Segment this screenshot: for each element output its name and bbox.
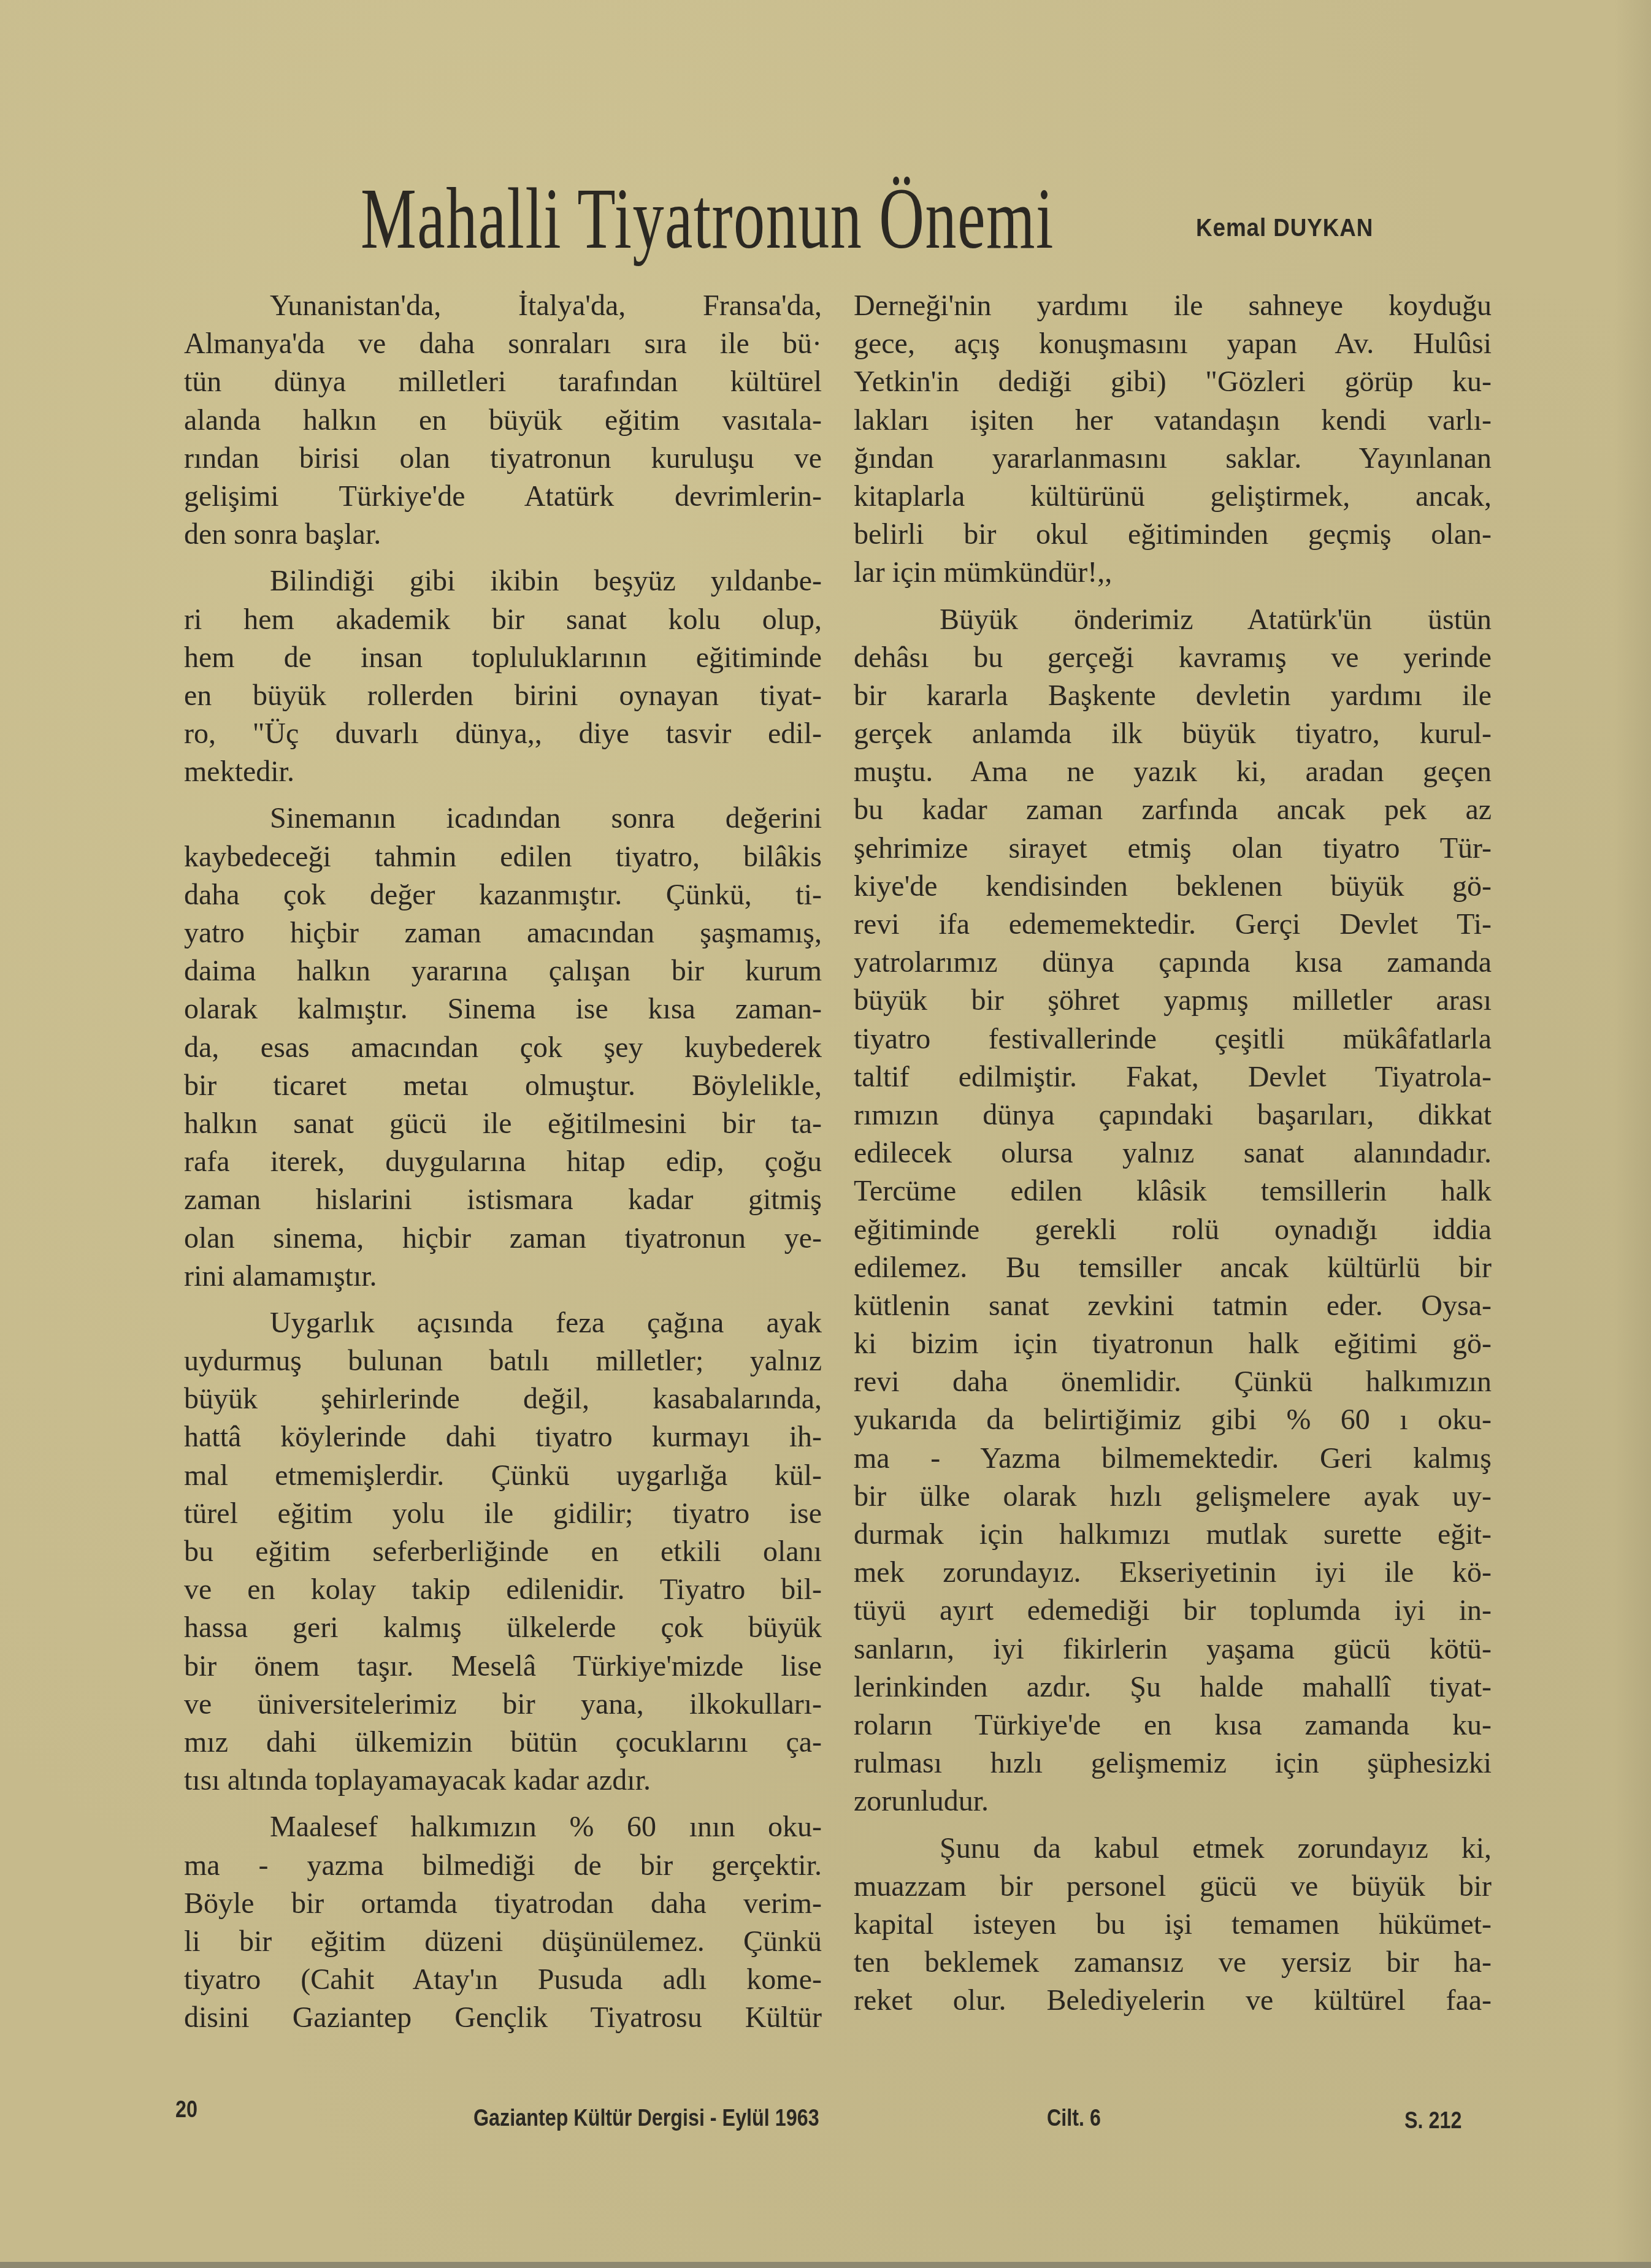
text-line: Büyük önderimiz Atatürk'ün üstün	[854, 601, 1492, 639]
text-line: ri hem akademik bir sanat kolu olup,	[184, 601, 822, 639]
text-line: tiyatro (Cahit Atay'ın Pusuda adlı kome-	[184, 1961, 822, 1999]
text-line: ve en kolay takip edilenidir. Tiyatro bi…	[184, 1571, 822, 1609]
text-line: tüyü ayırt edemediği bir toplumda iyi in…	[854, 1592, 1492, 1630]
paragraph: Yunanistan'da, İtalya'da, Fransa'da,Alma…	[184, 287, 822, 554]
text-line: den sonra başlar.	[184, 516, 822, 554]
page-edge-shadow	[1614, 0, 1651, 2268]
text-line: türel eğitim yolu ile gidilir; tiyatro i…	[184, 1495, 822, 1533]
text-line: olarak kalmıştır. Sinema ise kısa zaman-	[184, 990, 822, 1028]
text-line: eğitiminde gerekli rolü oynadığı iddia	[854, 1211, 1492, 1249]
text-line: yatro hiçbir zaman amacından şaşmamış,	[184, 914, 822, 952]
text-line: muazzam bir personel gücü ve büyük bir	[854, 1868, 1492, 1906]
text-line: rulması hızlı gelişmemiz için şüphesizki	[854, 1744, 1492, 1782]
text-line: kapital isteyen bu işi temamen hükümet-	[854, 1906, 1492, 1944]
text-line: rini alamamıştır.	[184, 1258, 822, 1296]
paragraph-gap	[184, 1296, 822, 1304]
text-line: roların Türkiye'de en kısa zamanda ku-	[854, 1706, 1492, 1744]
text-line: ki bizim için tiyatronun halk eğitimi gö…	[854, 1325, 1492, 1363]
text-line: lar için mümkündür!,,	[854, 554, 1492, 592]
text-line: kütlenin sanat zevkini tatmin eder. Oysa…	[854, 1287, 1492, 1325]
text-line: Uygarlık açısında feza çağına ayak	[184, 1304, 822, 1342]
text-line: mız dahi ülkemizin bütün çocuklarını ça-	[184, 1724, 822, 1762]
text-line: daima halkın yararına çalışan bir kurum	[184, 952, 822, 990]
text-line: hassa geri kalmış ülkelerde çok büyük	[184, 1609, 822, 1647]
text-line: olan sinema, hiçbir zaman tiyatronun ye-	[184, 1220, 822, 1258]
article-author: Kemal DUYKAN	[1196, 215, 1373, 242]
text-line: kiye'de kendisinden beklenen büyük gö-	[854, 868, 1492, 906]
issue-label: S. 212	[1404, 2108, 1461, 2134]
text-line: li bir eğitim düzeni düşünülemez. Çünkü	[184, 1923, 822, 1961]
text-line: en büyük rollerden birini oynayan tiyat-	[184, 677, 822, 715]
text-line: Almanya'da ve daha sonraları sıra ile bü…	[184, 325, 822, 363]
text-line: Yunanistan'da, İtalya'da, Fransa'da,	[184, 287, 822, 325]
text-line: belirli bir okul eğitiminden geçmiş olan…	[854, 516, 1492, 554]
text-line: lakları işiten her vatandaşın kendi varl…	[854, 402, 1492, 440]
paragraph-gap	[854, 1821, 1492, 1830]
text-line: Yetkin'in dediği gibi) "Gözleri görüp ku…	[854, 363, 1492, 401]
text-line: sanların, iyi fikirlerin yaşama gücü köt…	[854, 1630, 1492, 1668]
text-line: ma - yazma bilmediği de bir gerçektir.	[184, 1847, 822, 1885]
text-line: hattâ köylerinde dahi tiyatro kurmayı ih…	[184, 1418, 822, 1456]
text-line: mek zorundayız. Ekseriyetinin iyi ile kö…	[854, 1554, 1492, 1592]
text-line: alanda halkın en büyük eğitim vasıtala-	[184, 402, 822, 440]
text-line: zorunludur.	[854, 1782, 1492, 1820]
left-column: Yunanistan'da, İtalya'da, Fransa'da,Alma…	[184, 287, 822, 2037]
volume-label: Cilt. 6	[1047, 2106, 1101, 2132]
text-line: daha çok değer kazanmıştır. Çünkü, ti-	[184, 876, 822, 914]
text-line: taltif edilmiştir. Fakat, Devlet Tiyatro…	[854, 1058, 1492, 1096]
text-line: rımızın dünya çapındaki başarıları, dikk…	[854, 1096, 1492, 1134]
text-line: ma - Yazma bilmemektedir. Geri kalmış	[854, 1440, 1492, 1478]
text-line: Maalesef halkımızın % 60 ının oku-	[184, 1808, 822, 1846]
article-title: Mahalli Tiyatronun Önemi	[361, 175, 1049, 262]
text-line: bu kadar zaman zarfında ancak pek az	[854, 791, 1492, 829]
text-line: Tercüme edilen klâsik temsillerin halk	[854, 1172, 1492, 1210]
text-line: ro, "Üç duvarlı dünya,, diye tasvir edil…	[184, 715, 822, 753]
magazine-name-date: Gaziantep Kültür Dergisi - Eylül 1963	[473, 2106, 819, 2132]
text-line: mal etmemişlerdir. Çünkü uygarlığa kül-	[184, 1457, 822, 1495]
text-line: revi daha önemlidir. Çünkü halkımızın	[854, 1363, 1492, 1401]
text-line: ve üniversitelerimiz bir yana, ilkokulla…	[184, 1686, 822, 1724]
text-line: bir önem taşır. Meselâ Türkiye'mizde lis…	[184, 1648, 822, 1686]
text-line: reket olur. Belediyelerin ve kültürel fa…	[854, 1982, 1492, 2020]
text-line: bir ticaret metaı olmuştur. Böylelikle,	[184, 1067, 822, 1105]
page-bottom-edge	[0, 2262, 1651, 2268]
text-line: zaman hislarini istismara kadar gitmiş	[184, 1181, 822, 1219]
text-line: disini Gaziantep Gençlik Tiyatrosu Kültü…	[184, 1999, 822, 2037]
text-line: şehrimize sirayet etmiş olan tiyatro Tür…	[854, 830, 1492, 868]
text-line: ğından yararlanmasını saklar. Yayınlanan	[854, 440, 1492, 478]
paragraph-gap	[184, 1800, 822, 1808]
paragraph: Sinemanın icadından sonra değerinikaybed…	[184, 800, 822, 1295]
paragraph-gap	[184, 791, 822, 800]
text-line: hem de insan topluluklarının eğitiminde	[184, 639, 822, 677]
text-line: gece, açış konuşmasını yapan Av. Hulûsi	[854, 325, 1492, 363]
text-line: bir kararla Başkente devletin yardımı il…	[854, 677, 1492, 715]
text-line: büyük şehirlerinde değil, kasabalarında,	[184, 1380, 822, 1418]
text-line: da, esas amacından çok şey kuybederek	[184, 1029, 822, 1067]
text-line: halkın sanat gücü ile eğitilmesini bir t…	[184, 1105, 822, 1143]
right-column: Derneği'nin yardımı ile sahneye koyduğug…	[854, 287, 1492, 2020]
text-line: bu eğitim seferberliğinde en etkili olan…	[184, 1533, 822, 1571]
text-line: muştu. Ama ne yazık ki, aradan geçen	[854, 753, 1492, 791]
text-line: dehâsı bu gerçeği kavramış ve yerinde	[854, 639, 1492, 677]
text-line: bir ülke olarak hızlı gelişmelere ayak u…	[854, 1478, 1492, 1516]
paragraph: Büyük önderimiz Atatürk'ün üstündehâsı b…	[854, 601, 1492, 1821]
paragraph: Şunu da kabul etmek zorundayız ki,muazza…	[854, 1830, 1492, 2020]
text-line: gerçek anlamda ilk büyük tiyatro, kurul-	[854, 715, 1492, 753]
text-line: mektedir.	[184, 753, 822, 791]
text-line: Bilindiği gibi ikibin beşyüz yıldanbe-	[184, 562, 822, 600]
magazine-page: Mahalli Tiyatronun Önemi Kemal DUYKAN Yu…	[0, 0, 1651, 2268]
text-line: büyük bir şöhret yapmış milletler arası	[854, 982, 1492, 1020]
text-line: Sinemanın icadından sonra değerini	[184, 800, 822, 838]
text-line: tısı altında toplayamayacak kadar azdır.	[184, 1762, 822, 1800]
text-line: edilecek olursa yalnız sanat alanındadır…	[854, 1134, 1492, 1172]
paragraph: Uygarlık açısında feza çağına ayakuydurm…	[184, 1304, 822, 1800]
text-line: edilemez. Bu temsiller ancak kültürlü bi…	[854, 1249, 1492, 1287]
text-line: rafa iterek, duygularına hitap edip, çoğ…	[184, 1143, 822, 1181]
text-line: kaybedeceği tahmin edilen tiyatro, bilâk…	[184, 838, 822, 876]
paragraph: Maalesef halkımızın % 60 ının oku-ma - y…	[184, 1808, 822, 2037]
text-line: uydurmuş bulunan batılı milletler; yalnı…	[184, 1342, 822, 1380]
text-line: Şunu da kabul etmek zorundayız ki,	[854, 1830, 1492, 1868]
text-line: revi ifa edememektedir. Gerçi Devlet Ti-	[854, 906, 1492, 944]
text-line: rından birisi olan tiyatronun kuruluşu v…	[184, 440, 822, 478]
text-line: yatrolarımız dünya çapında kısa zamanda	[854, 944, 1492, 982]
text-line: yukarıda da belirtiğimiz gibi % 60 ı oku…	[854, 1401, 1492, 1439]
text-line: durmak için halkımızı mutlak surette eği…	[854, 1516, 1492, 1554]
text-line: tiyatro festivallerinde çeşitli mükâfatl…	[854, 1020, 1492, 1058]
text-line: ten beklemek zamansız ve yersiz bir ha-	[854, 1944, 1492, 1982]
paragraph-gap	[184, 554, 822, 562]
text-line: Derneği'nin yardımı ile sahneye koyduğu	[854, 287, 1492, 325]
paragraph: Bilindiği gibi ikibin beşyüz yıldanbe-ri…	[184, 562, 822, 791]
text-line: kitaplarla kültürünü geliştirmek, ancak,	[854, 478, 1492, 516]
page-number: 20	[175, 2097, 197, 2123]
text-line: gelişimi Türkiye'de Atatürk devrimlerin-	[184, 478, 822, 516]
paragraph-gap	[854, 592, 1492, 601]
text-line: Böyle bir ortamda tiyatrodan daha verim-	[184, 1885, 822, 1923]
text-line: lerinkinden azdır. Şu halde mahallî tiya…	[854, 1668, 1492, 1706]
paragraph: Derneği'nin yardımı ile sahneye koyduğug…	[854, 287, 1492, 592]
text-line: tün dünya milletleri tarafından kültürel	[184, 363, 822, 401]
